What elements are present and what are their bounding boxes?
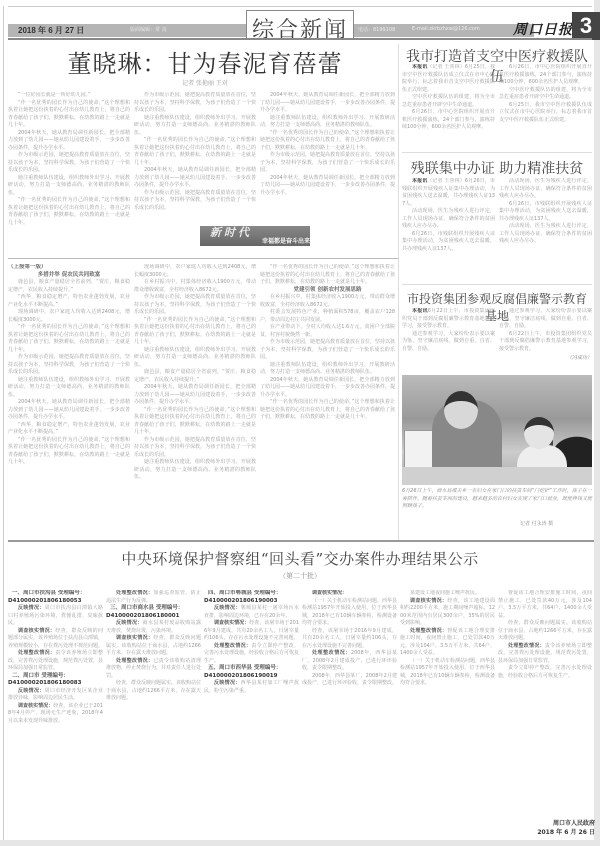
- case-text: 督促该工地合理安排施工时间，夜间禁止施工，已处罚款40万元，涉及104户、3.5…: [498, 590, 592, 620]
- case-heading: 三、周口市商水县 受理编号：: [106, 605, 201, 613]
- middle-subhead: 党建引领 创新农村发展思路: [260, 287, 395, 295]
- continuation-paragraph: “作一名优秀的园长作为自己的使命，”这个理想和执着让她把这份执着的心付出在幼儿教…: [8, 324, 130, 354]
- continuation-paragraph: “西华，粮食稳定增产，特色农业蓬勃发展，农业产业化水平不断提高。”: [8, 294, 130, 309]
- case-label: 调查核实情况：: [18, 628, 55, 634]
- continuation-paragraph: 现场调研中，农户家庭人均收入达到2408元，增长幅度3000元。: [134, 264, 256, 279]
- disability-col2: 活动现场，医生为残疾人进行评定，工作人员现场办证，确保符合条件的贫困残疾人应办尽…: [499, 178, 592, 282]
- article-text: 6月26日，市中心医院组织开展直升机医疗救援演练，24个部门参与，演练持续100…: [499, 64, 592, 87]
- lead-paragraph: “作一名优秀的园长作为自己的使命，”这个理想和执着让她把这份执着的心付出在幼儿教…: [134, 137, 256, 167]
- middle-paragraph: 在产业带动下，全村人均收入达1.6万元，贫困户全部脱贫，村容村貌焕然一新。: [260, 324, 395, 339]
- page-number: 3: [572, 12, 600, 40]
- lead-headline: 董晓琳：甘为春泥育蓓蕾: [40, 44, 370, 79]
- notice-col4: 调查核实情况： （一）关于机动车检测站问题，西华县检测站1957年开始投入使用，…: [302, 590, 397, 840]
- continuation-paragraph: 鹿邑县，粮食产量稳居全省前列，“贾庄，粮食稳定增产，农民收入持续提升。”: [8, 279, 130, 294]
- lead-story-col3: 2004年秋天，她从教育局调任新园长，把全部精力放到了幼儿园——她从幼儿园建设着…: [260, 92, 395, 222]
- middle-paragraph: 村委会发展特色产业，种植面积578亩，覆盖农户128户，带动周边村庄共同发展。: [260, 309, 395, 324]
- case-label: 处理整改情况：: [116, 658, 153, 664]
- photo-caption: 6月26日上午，商水县城关乡一名妇女在家门口的扶贫车间“门挖铲”工作时，孩子在一…: [402, 488, 592, 511]
- photo-credit: 记者 付永涛 摄: [520, 520, 553, 527]
- continuation-paragraph: “作一名优秀的园长作为自己的使命，”这个理想和执着让她把这份执着的心付出在幼儿教…: [134, 317, 256, 347]
- case-text: （一）关于机动车检测站问题，西华县检测站1957年开始投入使用，位于西华县城，2…: [302, 598, 397, 628]
- lead-story-col2: 作为市级示范园，她把提高教育质量放在首位，坚持以孩子为本，坚持科学保教，为孩子们…: [134, 92, 256, 222]
- lead-paragraph: 她注重教师队伍建设，组织教师外出学习、开展教研活动，努力打造一支师德高尚、业务精…: [8, 175, 130, 198]
- continuation-paragraph: 她注重教师队伍建设，组织教师外出学习、开展教研活动，努力打造一支师德高尚、业务精…: [134, 459, 256, 482]
- masthead: 2018 年 6 月 27 日 版面编辑：常 真 综合新闻 电话：8199108…: [8, 4, 592, 40]
- article-text: 空中医疗救援队伍的组建，将为全市急危重症患者开辟空中生命通道。: [402, 94, 495, 109]
- case-label: 反映情况：: [18, 688, 45, 694]
- contact-email: E-mail:zkrbzhxw@126.com: [412, 26, 480, 32]
- lead-paragraph: 作为市级示范园，她把提高教育质量放在首位，坚持以孩子为本，坚持科学保教，为孩子们…: [260, 152, 395, 175]
- contact-phone: 电话：8199108: [358, 26, 395, 33]
- article-lead: 本报讯: [412, 178, 427, 184]
- middle-paragraph: 2004年秋天，她从教育局调任新园长，把全部精力放到了幼儿园——她从幼儿园建设着…: [260, 377, 395, 400]
- lead-paragraph: 她注重教师队伍建设，组织教师外出学习、开展教研活动，努力打造一支师德高尚、业务精…: [260, 115, 395, 130]
- lead-story-col1: “一位好园长就是一所好幼儿园。” “作一名优秀的园长作为自己的使命，”这个理想和…: [8, 92, 130, 254]
- notice-headline: 中央环境保护督察组“回头看”交办案件办理结果公示: [0, 548, 600, 569]
- newspaper-page: 2018 年 6 月 27 日 版面编辑：常 真 综合新闻 电话：8199108…: [0, 0, 600, 846]
- notice-col1: 一、周口市扶沟县 受理编号： D410000201806180053 反映情况：…: [8, 590, 103, 840]
- article-text: 通过参观学习，大家纷纷表示要以案为鉴，坚守廉洁底线，做到自重、自省、自警、自励。: [499, 308, 592, 331]
- middle-story-col: “作一名优秀的园长作为自己的使命，”这个理想和执着让她把这份执着的心付出在幼儿教…: [260, 264, 395, 536]
- disability-col1: 本报讯（记者 王喜林）6月26日，市残联组织开展残疾人证集中办理活动，为贫困残疾…: [402, 178, 495, 282]
- article-text: 通过参观学习，大家纷纷表示要以案为鉴，坚守廉洁底线，做到自重、自省、自警、自励。: [402, 331, 495, 354]
- masthead-bottom-rule: [8, 38, 592, 40]
- lead-paragraph: 2004年秋天，她从教育局调任新园长，把全部精力放到了幼儿园——她从幼儿园建设着…: [8, 130, 130, 153]
- notice-batch: （第二十批）: [0, 571, 600, 581]
- case-label: 处理整改情况：: [508, 643, 545, 649]
- case-text: 经查，该屠宰场于2016年9月建成，共有20余名工人，日屠宰量约106头，存在污…: [302, 628, 397, 651]
- notice-col2: 处理整改情况：加强巡查监管，防止违法生产行为反弹。 三、周口市商水县 受理编号：…: [106, 590, 201, 840]
- article-text: 6月26日，市中心医院组织开展直升机医疗救援演练，24个部门参与，演练持续100…: [402, 109, 495, 132]
- article-divider: [402, 284, 592, 285]
- lead-paragraph: “作一名优秀的园长作为自己的使命，”这个理想和执着让她把这份执着的心付出在幼儿教…: [8, 197, 130, 227]
- continuation-paragraph: 现场调研中，农户家庭人均收入达到2408元，增长幅度3000元。: [8, 309, 130, 324]
- notice-col6: 督促该工地合理安排施工时间，夜间禁止施工，已处罚款40万元，涉及104户、3.5…: [498, 590, 592, 814]
- continuation-col1: （上接第一版） 多措并举 促农民共同致富 鹿邑县，粮食产量稳居全省前列，“贾庄，…: [8, 264, 130, 536]
- article-text: 6月26日，市残联组织开展残疾人证集中办理活动，为贫困残疾人送去温暖，共办理残疾…: [402, 231, 495, 254]
- section-title-box: 综合新闻: [246, 10, 354, 40]
- continuation-paragraph: 她注重教师队伍建设，组织教师外出学习、开展教研活动，努力打造一支师德高尚、业务精…: [8, 377, 130, 400]
- notice-issuer: 周口市人民政府: [540, 818, 595, 827]
- case-number: D410000201806180083: [8, 680, 103, 688]
- case-text: 2008年，西华县某厂，2008年2月建成投产，已进行环评验收，责令限期整改。: [302, 673, 397, 688]
- case-number: D410000201806190003: [204, 598, 299, 606]
- section-divider-bottom: [8, 540, 594, 542]
- continuation-paragraph: 2004年秋天，她从教育局调任新园长，把全部精力放到了幼儿园——她从幼儿园建设着…: [8, 399, 130, 422]
- case-number: D410000201806190019: [204, 673, 299, 681]
- article-divider: [402, 152, 592, 153]
- case-text: （一）关于机动车检测站问题，西华县检测站1957年开始投入使用，位于西华县城，2…: [400, 658, 495, 688]
- continuation-paragraph: 在乡村振兴中，村集体经济收入1900万元，带动群众增收致富，全村经济收入8672…: [134, 279, 256, 294]
- case-label: 调查核实情况：: [312, 590, 347, 596]
- photo-child-head: [524, 417, 554, 449]
- lead-paragraph: “一位好园长就是一所好幼儿园。”: [8, 92, 130, 100]
- case-label: 调查核实情况：: [116, 635, 153, 641]
- case-label: 处理整改情况：: [312, 650, 351, 656]
- article-text: 活动现场，医生为残疾人进行评定，工作人员现场办证，确保符合条件的贫困残疾人应办尽…: [499, 223, 592, 246]
- page-margin-rule: [3, 6, 4, 840]
- middle-paragraph: 她注重教师队伍建设，组织教师外出学习、开展教研活动，努力打造一支师德高尚、业务精…: [260, 362, 395, 377]
- lead-paragraph: 她注重教师队伍建设，组织教师外出学习、开展教研活动，努力打造一支师德高尚、业务精…: [134, 115, 256, 138]
- article-text: 6月22日上午，市投资集团组织党员干部到反腐倡廉警示教育基地参观学习，接受警示教…: [499, 331, 592, 354]
- lead-paragraph: 2004年秋天，她从教育局调任新园长，把全部精力放到了幼儿园——她从幼儿园建设着…: [134, 167, 256, 190]
- case-heading: 一、周口市扶沟县 受理编号：: [8, 590, 103, 598]
- continuation-paragraph: “作一名优秀的园长作为自己的使命，”这个理想和执着让她把这份执着的心付出在幼儿教…: [8, 437, 130, 467]
- article-text: 活动现场，医生为残疾人进行评定，工作人员现场办证，确保符合条件的贫困残疾人应办尽…: [402, 208, 495, 231]
- article-text: 6月26日，市残联组织开展残疾人证集中办理活动，为贫困残疾人送去温暖，共办理残疾…: [499, 201, 592, 224]
- case-heading: 五、周口市西华县 受理编号：: [204, 665, 299, 673]
- air-rescue-col2: 6月26日，市中心医院组织开展直升机医疗救援演练，24个部门参与，演练持续100…: [499, 64, 592, 150]
- continuation-paragraph: 鹿邑县，粮食产量稳居全省前列，“贾庄，粮食稳定增产，农民收入持续提升。”: [134, 369, 256, 384]
- case-label: 调查核实情况：: [410, 598, 447, 604]
- continuation-paragraph: 她注重教师队伍建设，组织教师外出学习、开展教研活动，努力打造一支师德高尚、业务精…: [134, 347, 256, 370]
- lead-paragraph: 2004年秋天，她从教育局调任新园长，把全部精力放到了幼儿园——她从幼儿园建设着…: [260, 92, 395, 115]
- page-bottom-band: [0, 840, 600, 846]
- masthead-top-rule: [8, 6, 592, 7]
- case-label: 处理整改情况：: [410, 628, 447, 634]
- continuation-subhead: 多措并举 促农民共同致富: [8, 272, 130, 280]
- lead-paragraph: “作一名优秀的园长作为自己的使命，”这个理想和执着让她把这份执着的心付出在幼儿教…: [260, 130, 395, 153]
- lead-paragraph: 作为市级示范园，她把提高教育质量放在首位，坚持以孩子为本，坚持科学保教，为孩子们…: [134, 190, 256, 213]
- news-photo: [402, 375, 592, 485]
- lead-paragraph: 作为市级示范园，她把提高教育质量放在首位，坚持以孩子为本，坚持科学保教，为孩子们…: [8, 152, 130, 175]
- case-number: D410000201806180053: [8, 598, 103, 606]
- lead-byline: 记者 张艳丽 王对: [40, 78, 370, 87]
- case-heading: 二、周口市 受理编号：: [8, 673, 103, 681]
- anticorruption-col1: 本报讯6月22日上午，市投资集团组织党员干部到反腐倡廉警示教育基地参观学习，接受…: [402, 308, 495, 354]
- section-divider: [8, 258, 398, 259]
- case-label: 调查核实情况：: [214, 620, 249, 626]
- continuation-paragraph: “作一名优秀的园长作为自己的使命，”这个理想和执着让她把这份执着的心付出在幼儿教…: [134, 407, 256, 437]
- case-label: 反映情况：: [18, 605, 45, 611]
- photo-table: [402, 467, 592, 485]
- article-headline-disability: 残联集中办证 助力精准扶贫: [402, 158, 592, 178]
- jump-label: （上接第一版）: [8, 264, 130, 272]
- air-rescue-col1: 本报讯（记者 王喜林）6月25日，我市空中医疗救援队伍成立仪式在市中心医院举行，…: [402, 64, 495, 150]
- notice-col3: 四、周口市郸城县 受理编号： D410000201806190003 反映情况：…: [204, 590, 299, 840]
- middle-paragraph: “作一名优秀的园长作为自己的使命，”这个理想和执着让她把这份执着的心付出在幼儿教…: [260, 399, 395, 422]
- case-text: 经查，群众反映问题属实。该收购站位于商水县，占地约1266平方米，存在露天堆放问…: [498, 620, 592, 643]
- article-text: 空中医疗救援队伍的组建，将为全市急危重症患者开辟空中生命通道。: [499, 87, 592, 102]
- article-byline: （记者 王喜林）: [427, 64, 465, 70]
- notice-col5: 某建设工地夜间施工噪声扰民。 调查核实情况：经查，该工地建设面积约2200平方米…: [400, 590, 495, 840]
- page-editor: 版面编辑：常 真: [130, 26, 167, 33]
- article-credit: （冯成功）: [540, 355, 592, 363]
- banner-title: 新时代: [210, 224, 252, 240]
- photo-woman-head: [444, 391, 478, 429]
- column-rule: [398, 44, 399, 540]
- issue-date: 2018 年 6 月 27 日: [18, 25, 84, 36]
- continuation-paragraph: 作为市级示范园，她把提高教育质量放在首位，坚持以孩子为本，坚持科学保教，为孩子们…: [8, 354, 130, 377]
- middle-paragraph: “作一名优秀的园长作为自己的使命，”这个理想和执着让她把这份执着的心付出在幼儿教…: [260, 264, 395, 287]
- middle-paragraph: 在乡村振兴中，村集体经济收入1900万元，带动群众增收致富，全村经济收入8672…: [260, 294, 395, 309]
- continuation-paragraph: 作为市级示范园，她把提高教育质量放在首位，坚持以孩子为本，坚持科学保教，为孩子们…: [134, 294, 256, 317]
- article-byline: （记者 王喜林）: [427, 178, 465, 184]
- case-label: 反映情况：: [214, 605, 241, 611]
- article-text: 6月25日，我市空中医疗救援队伍成立仪式在市中心医院举行，标志着我市首支空中医疗…: [499, 102, 592, 125]
- continuation-paragraph: 作为市级示范园，她把提高教育质量放在首位，坚持以孩子为本，坚持科学保教，为孩子们…: [134, 437, 256, 460]
- lead-paragraph: 作为市级示范园，她把提高教育质量放在首位，坚持以孩子为本，坚持科学保教，为孩子们…: [134, 92, 256, 115]
- case-label: 调查核实情况：: [18, 703, 53, 709]
- notice-date: 2018 年 6 月 26 日: [520, 827, 595, 836]
- lead-paragraph: 2004年秋天，她从教育局调任新园长，把全部精力放到了幼儿园——她从幼儿园建设着…: [260, 175, 395, 198]
- case-text: 责令立即停产整改，完善污水处理设施，经验收合格后方可恢复生产。: [498, 665, 592, 680]
- case-label: 反映情况：: [116, 620, 143, 626]
- lead-paragraph: “作一名优秀的园长作为自己的使命，”这个理想和执着让她把这份执着的心付出在幼儿教…: [8, 100, 130, 130]
- anticorruption-col2: 通过参观学习，大家纷纷表示要以案为鉴，坚守廉洁底线，做到自重、自省、自警、自励。…: [499, 308, 592, 354]
- case-label: 处理整改情况：: [116, 590, 153, 596]
- banner-subtitle: 幸福都是奋斗出来的: [262, 236, 316, 245]
- article-lead: 本报讯: [412, 308, 428, 314]
- case-text: 某建设工地夜间施工噪声扰民。: [400, 590, 495, 598]
- case-label: 处理整改情况：: [214, 643, 251, 649]
- newspaper-logo: 周口日报: [513, 19, 573, 39]
- case-heading: 四、周口市郸城县 受理编号：: [204, 590, 299, 598]
- continuation-paragraph: 2004年秋天，她从教育局调任新园长，把全部精力放到了幼儿园——她从幼儿园建设着…: [134, 384, 256, 407]
- case-text: 经查，群众反映问题属实。该收购站位于商水县，占地约1266平方米，存在露天堆放问…: [106, 680, 201, 703]
- case-number: D410000201806180001: [106, 613, 201, 621]
- middle-paragraph: 作为市级示范园，她把提高教育质量放在首位，坚持以孩子为本，坚持科学保教，为孩子们…: [260, 339, 395, 362]
- continuation-paragraph: “西华，粮食稳定增产，特色农业蓬勃发展，农业产业化水平不断提高。”: [8, 422, 130, 437]
- article-text: 活动现场，医生为残疾人进行评定，工作人员现场办证，确保符合条件的贫困残疾人应办尽…: [499, 178, 592, 201]
- continuation-col2: 现场调研中，农户家庭人均收入达到2408元，增长幅度3000元。 在乡村振兴中，…: [134, 264, 256, 536]
- article-lead: 本报讯: [412, 64, 427, 70]
- case-label: 反映情况：: [214, 680, 241, 686]
- case-label: 处理整改情况：: [18, 650, 55, 656]
